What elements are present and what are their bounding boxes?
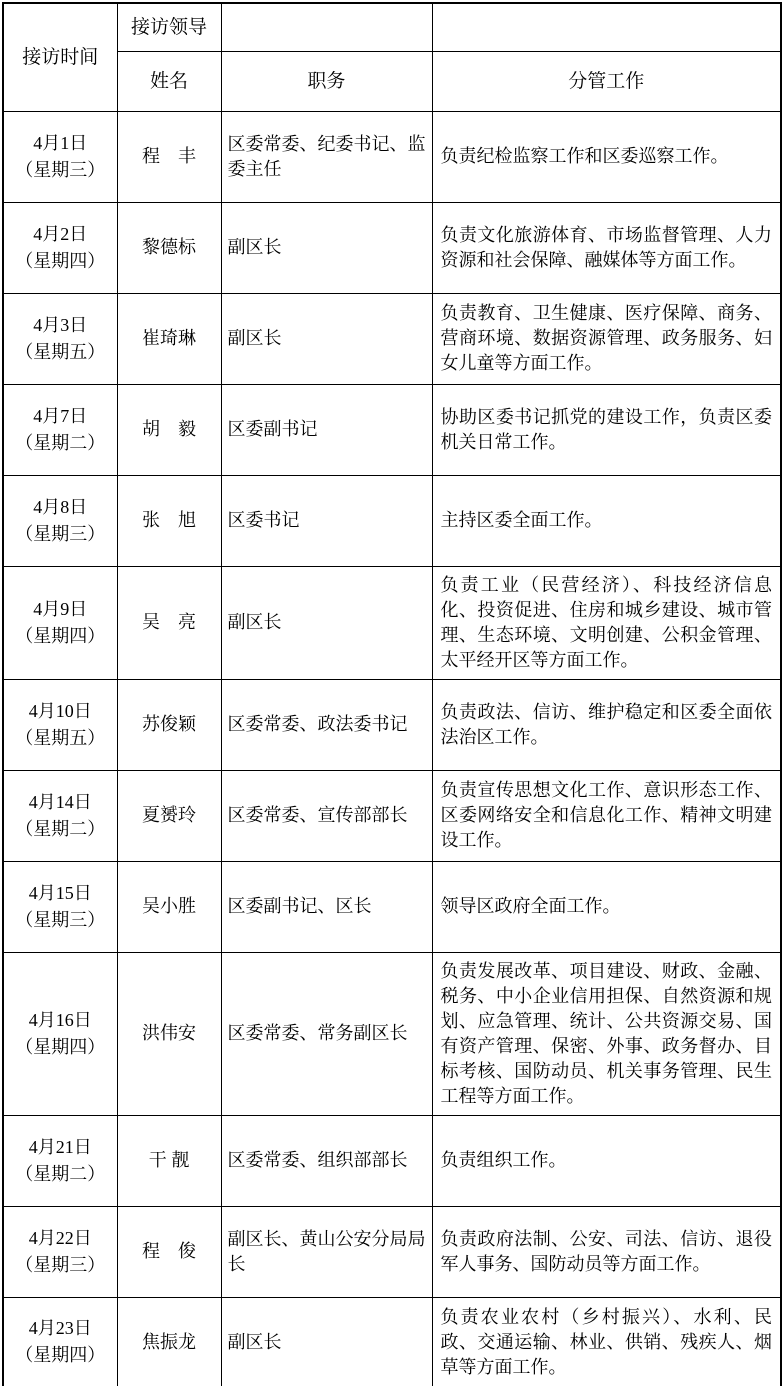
visit-date: 4月10日 xyxy=(6,698,115,725)
leader-duties: 负责文化旅游体育、市场监督管理、人力资源和社会保障、融媒体等方面工作。 xyxy=(432,202,781,293)
header-leader-name: 姓名 xyxy=(117,51,221,111)
leader-position: 区委常委、宣传部部长 xyxy=(221,770,432,861)
visit-date: 4月21日 xyxy=(6,1134,115,1161)
visit-date-cell: 4月21日 （星期二） xyxy=(3,1115,117,1206)
table-row: 4月15日 （星期三） 吴小胜 区委副书记、区长 领导区政府全面工作。 xyxy=(3,861,781,952)
document-page: 接访时间 接访领导 姓名 职务 分管工作 4月1日 （星期三） 程 丰 区委常委… xyxy=(0,0,782,1386)
table-row: 4月22日 （星期三） 程 俊 副区长、黄山公安分局局长 负责政府法制、公安、司… xyxy=(3,1206,781,1297)
visit-weekday: （星期二） xyxy=(6,816,115,843)
visit-date-cell: 4月7日 （星期二） xyxy=(3,384,117,475)
visit-date: 4月1日 xyxy=(6,130,115,157)
leader-duties: 主持区委全面工作。 xyxy=(432,475,781,566)
visit-weekday: （星期四） xyxy=(6,1034,115,1061)
leader-duties: 负责工业（民营经济）、科技经济信息化、投资促进、住房和城乡建设、城市管理、生态环… xyxy=(432,566,781,679)
visit-date-cell: 4月23日 （星期四） xyxy=(3,1297,117,1386)
header-visit-time: 接访时间 xyxy=(3,3,117,111)
header-row-1: 接访时间 接访领导 xyxy=(3,3,781,51)
leader-position: 区委常委、政法委书记 xyxy=(221,679,432,770)
leader-position: 区委常委、组织部部长 xyxy=(221,1115,432,1206)
visit-weekday: （星期二） xyxy=(6,430,115,457)
leader-duties: 负责发展改革、项目建设、财政、金融、税务、中小企业信用担保、自然资源和规划、应急… xyxy=(432,952,781,1115)
header-leader-duties: 分管工作 xyxy=(432,51,781,111)
header-visit-leader: 接访领导 xyxy=(117,3,221,51)
visit-date-cell: 4月10日 （星期五） xyxy=(3,679,117,770)
visit-date: 4月8日 xyxy=(6,494,115,521)
table-row: 4月2日 （星期四） 黎德标 副区长 负责文化旅游体育、市场监督管理、人力资源和… xyxy=(3,202,781,293)
leader-position: 区委常委、纪委书记、监委主任 xyxy=(221,111,432,202)
leader-name: 程 丰 xyxy=(117,111,221,202)
leader-duties: 负责组织工作。 xyxy=(432,1115,781,1206)
leader-duties: 负责农业农村（乡村振兴）、水利、民政、交通运输、林业、供销、残疾人、烟草等方面工… xyxy=(432,1297,781,1386)
table-row: 4月3日 （星期五） 崔琦琳 副区长 负责教育、卫生健康、医疗保障、商务、营商环… xyxy=(3,293,781,384)
visit-date: 4月7日 xyxy=(6,403,115,430)
leader-name: 苏俊颖 xyxy=(117,679,221,770)
visit-date-cell: 4月2日 （星期四） xyxy=(3,202,117,293)
leader-duties: 领导区政府全面工作。 xyxy=(432,861,781,952)
reception-schedule-table: 接访时间 接访领导 姓名 职务 分管工作 4月1日 （星期三） 程 丰 区委常委… xyxy=(2,2,782,1386)
visit-date: 4月16日 xyxy=(6,1007,115,1034)
visit-weekday: （星期三） xyxy=(6,907,115,934)
leader-duties: 负责政法、信访、维护稳定和区委全面依法治区工作。 xyxy=(432,679,781,770)
header-leader-position: 职务 xyxy=(221,51,432,111)
leader-name: 吴小胜 xyxy=(117,861,221,952)
leader-duties: 负责教育、卫生健康、医疗保障、商务、营商环境、数据资源管理、政务服务、妇女儿童等… xyxy=(432,293,781,384)
leader-name: 干 靓 xyxy=(117,1115,221,1206)
visit-weekday: （星期四） xyxy=(6,1342,115,1369)
leader-position: 副区长、黄山公安分局局长 xyxy=(221,1206,432,1297)
leader-name: 夏赟玲 xyxy=(117,770,221,861)
table-row: 4月10日 （星期五） 苏俊颖 区委常委、政法委书记 负责政法、信访、维护稳定和… xyxy=(3,679,781,770)
table-row: 4月8日 （星期三） 张 旭 区委书记 主持区委全面工作。 xyxy=(3,475,781,566)
visit-date: 4月3日 xyxy=(6,312,115,339)
leader-name: 崔琦琳 xyxy=(117,293,221,384)
table-row: 4月23日 （星期四） 焦振龙 副区长 负责农业农村（乡村振兴）、水利、民政、交… xyxy=(3,1297,781,1386)
visit-date: 4月15日 xyxy=(6,880,115,907)
visit-date-cell: 4月15日 （星期三） xyxy=(3,861,117,952)
visit-date: 4月14日 xyxy=(6,789,115,816)
table-row: 4月9日 （星期四） 吴 亮 副区长 负责工业（民营经济）、科技经济信息化、投资… xyxy=(3,566,781,679)
leader-name: 洪伟安 xyxy=(117,952,221,1115)
leader-name: 吴 亮 xyxy=(117,566,221,679)
visit-date-cell: 4月9日 （星期四） xyxy=(3,566,117,679)
leader-name: 焦振龙 xyxy=(117,1297,221,1386)
visit-date: 4月23日 xyxy=(6,1315,115,1342)
header-row-2: 姓名 职务 分管工作 xyxy=(3,51,781,111)
visit-date-cell: 4月1日 （星期三） xyxy=(3,111,117,202)
visit-date-cell: 4月22日 （星期三） xyxy=(3,1206,117,1297)
visit-date: 4月9日 xyxy=(6,596,115,623)
visit-weekday: （星期三） xyxy=(6,521,115,548)
leader-position: 区委常委、常务副区长 xyxy=(221,952,432,1115)
leader-name: 程 俊 xyxy=(117,1206,221,1297)
visit-date-cell: 4月14日 （星期二） xyxy=(3,770,117,861)
visit-date-cell: 4月16日 （星期四） xyxy=(3,952,117,1115)
header-empty-cell-2 xyxy=(432,3,781,51)
leader-duties: 负责政府法制、公安、司法、信访、退役军人事务、国防动员等方面工作。 xyxy=(432,1206,781,1297)
leader-duties: 协助区委书记抓党的建设工作，负责区委机关日常工作。 xyxy=(432,384,781,475)
leader-name: 黎德标 xyxy=(117,202,221,293)
visit-weekday: （星期三） xyxy=(6,1252,115,1279)
table-row: 4月7日 （星期二） 胡 毅 区委副书记 协助区委书记抓党的建设工作，负责区委机… xyxy=(3,384,781,475)
leader-position: 区委副书记、区长 xyxy=(221,861,432,952)
leader-position: 区委书记 xyxy=(221,475,432,566)
leader-position: 副区长 xyxy=(221,1297,432,1386)
leader-name: 胡 毅 xyxy=(117,384,221,475)
visit-date-cell: 4月8日 （星期三） xyxy=(3,475,117,566)
leader-position: 副区长 xyxy=(221,202,432,293)
visit-date-cell: 4月3日 （星期五） xyxy=(3,293,117,384)
visit-date: 4月2日 xyxy=(6,221,115,248)
visit-weekday: （星期四） xyxy=(6,248,115,275)
table-row: 4月14日 （星期二） 夏赟玲 区委常委、宣传部部长 负责宣传思想文化工作、意识… xyxy=(3,770,781,861)
visit-date: 4月22日 xyxy=(6,1225,115,1252)
leader-duties: 负责宣传思想文化工作、意识形态工作、区委网络安全和信息化工作、精神文明建设工作。 xyxy=(432,770,781,861)
visit-weekday: （星期三） xyxy=(6,157,115,184)
visit-weekday: （星期五） xyxy=(6,725,115,752)
header-empty-cell-1 xyxy=(221,3,432,51)
visit-weekday: （星期四） xyxy=(6,623,115,650)
table-row: 4月21日 （星期二） 干 靓 区委常委、组织部部长 负责组织工作。 xyxy=(3,1115,781,1206)
visit-weekday: （星期五） xyxy=(6,339,115,366)
visit-weekday: （星期二） xyxy=(6,1161,115,1188)
table-row: 4月16日 （星期四） 洪伟安 区委常委、常务副区长 负责发展改革、项目建设、财… xyxy=(3,952,781,1115)
leader-name: 张 旭 xyxy=(117,475,221,566)
leader-position: 副区长 xyxy=(221,566,432,679)
leader-position: 区委副书记 xyxy=(221,384,432,475)
table-row: 4月1日 （星期三） 程 丰 区委常委、纪委书记、监委主任 负责纪检监察工作和区… xyxy=(3,111,781,202)
leader-duties: 负责纪检监察工作和区委巡察工作。 xyxy=(432,111,781,202)
leader-position: 副区长 xyxy=(221,293,432,384)
